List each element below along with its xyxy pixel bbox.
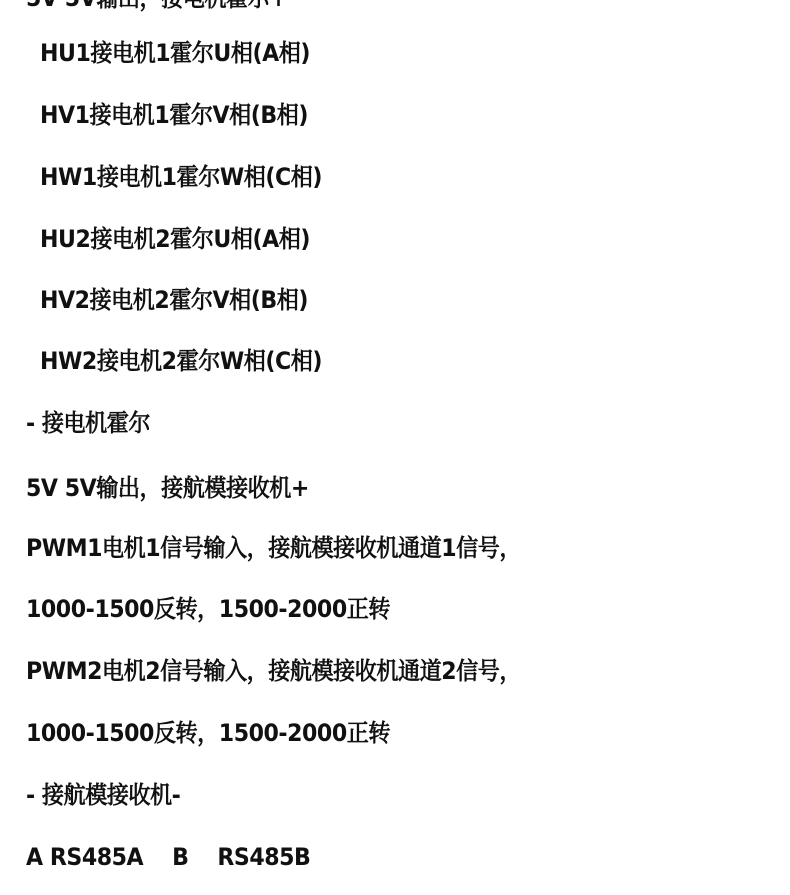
- line-gnd-hall: - 接电机霍尔: [26, 403, 150, 443]
- line-hv1: HV1接电机1霍尔V相(B相): [40, 95, 308, 135]
- line-hw2: HW2接电机2霍尔W相(C相): [40, 341, 322, 381]
- pinout-document: 5V 5V输出，接电机霍尔+ HU1接电机1霍尔U相(A相) HV1接电机1霍尔…: [0, 0, 790, 895]
- line-hu2: HU2接电机2霍尔U相(A相): [40, 219, 310, 259]
- line-5v-hall-power: 5V 5V输出，接电机霍尔+: [26, 0, 287, 18]
- line-hv2: HV2接电机2霍尔V相(B相): [40, 280, 308, 320]
- line-pwm2: PWM2电机2信号输入，接航模接收机通道2信号，: [26, 651, 521, 691]
- line-pwm1-range: 1000-1500反转，1500-2000正转: [26, 589, 390, 629]
- line-hw1: HW1接电机1霍尔W相(C相): [40, 157, 322, 197]
- line-pwm2-range: 1000-1500反转，1500-2000正转: [26, 713, 390, 753]
- line-hu1: HU1接电机1霍尔U相(A相): [40, 33, 310, 73]
- line-gnd-receiver: - 接航模接收机-: [26, 775, 180, 815]
- line-5v-receiver: 5V 5V输出，接航模接收机+: [26, 468, 309, 508]
- line-pwm1: PWM1电机1信号输入，接航模接收机通道1信号，: [26, 528, 521, 568]
- line-rs485: A RS485A B RS485B: [26, 837, 310, 877]
